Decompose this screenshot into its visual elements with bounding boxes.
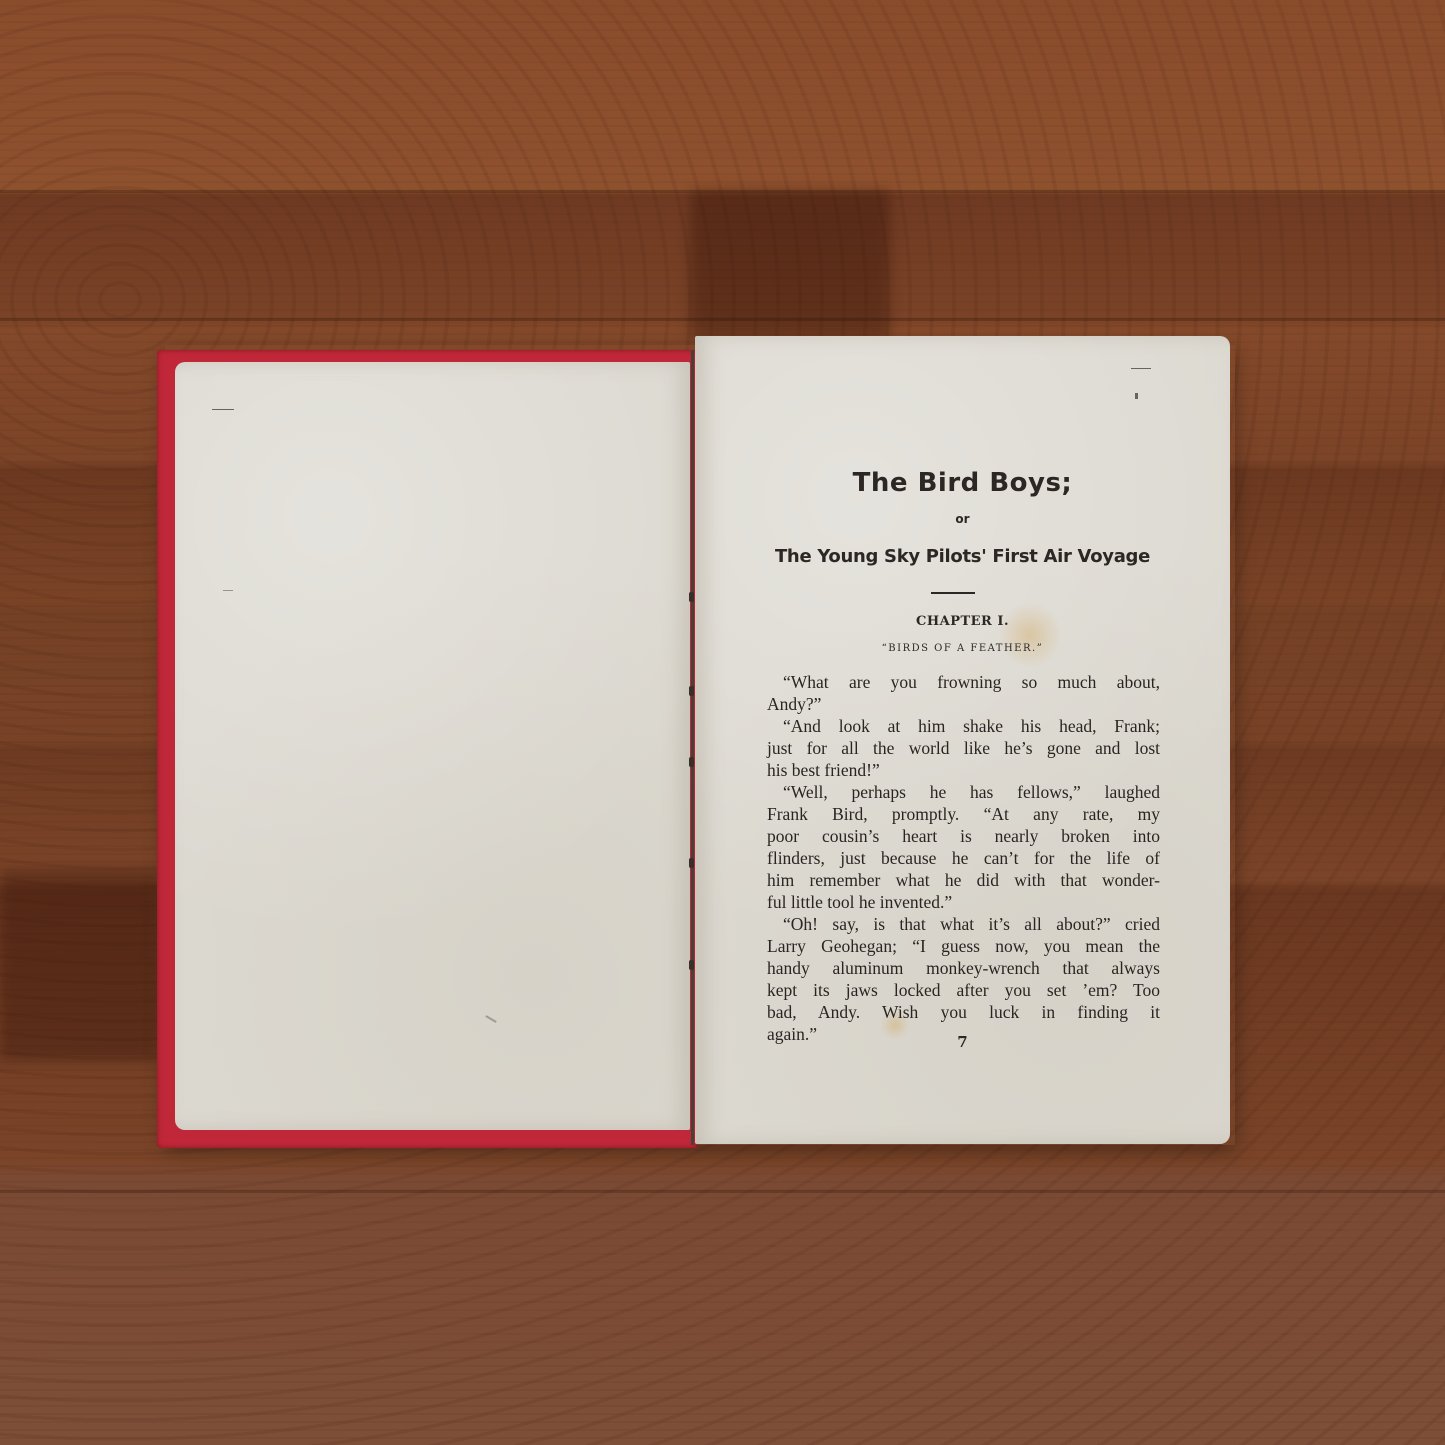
- wood-dark-patch: [690, 190, 890, 340]
- title-rule: [931, 592, 975, 594]
- book-gutter: [691, 350, 694, 1145]
- text-line: kept its jaws locked after you set ’em? …: [767, 980, 1160, 1002]
- left-page: [175, 362, 690, 1130]
- binding-stitch: [689, 960, 694, 970]
- text-line: handy aluminum monkey-wrench that always: [767, 958, 1160, 980]
- plank-seam: [0, 1190, 1445, 1193]
- binding-stitch: [689, 592, 694, 602]
- chapter-title: “BIRDS OF A FEATHER.”: [700, 643, 1225, 654]
- foxing-stain: [1000, 600, 1060, 670]
- text-line: his best friend!”: [767, 760, 1160, 782]
- text-line: just for all the world like he’s gone an…: [767, 738, 1160, 760]
- chapter-heading: CHAPTER I.: [700, 614, 1225, 629]
- page-mark: [223, 590, 233, 591]
- book-title: The Bird Boys;: [700, 468, 1225, 498]
- wood-dark-patch: [0, 870, 160, 1060]
- book-subtitle: The Young Sky Pilots' First Air Voyage: [700, 546, 1225, 567]
- text-line: him remember what he did with that wonde…: [767, 870, 1160, 892]
- page-number: 7: [700, 1033, 1225, 1051]
- text-line: poor cousin’s heart is nearly broken int…: [767, 826, 1160, 848]
- text-line: ful little tool he invented.”: [767, 892, 1160, 914]
- binding-stitch: [689, 858, 694, 868]
- text-line: “Well, perhaps he has fellows,” laughed: [783, 782, 1160, 804]
- text-line: “Oh! say, is that what it’s all about?” …: [783, 914, 1160, 936]
- title-or: or: [700, 512, 1225, 526]
- text-line: bad, Andy. Wish you luck in finding it: [767, 1002, 1160, 1024]
- page-mark: [1135, 393, 1138, 399]
- binding-stitch: [689, 757, 694, 767]
- text-line: “What are you frowning so much about,: [783, 672, 1160, 694]
- text-line: Larry Geohegan; “I guess now, you mean t…: [767, 936, 1160, 958]
- binding-stitch: [689, 686, 694, 696]
- page-mark: [212, 409, 234, 410]
- page-mark: [1131, 368, 1151, 369]
- text-line: flinders, just because he can’t for the …: [767, 848, 1160, 870]
- text-line: Frank Bird, promptly. “At any rate, my: [767, 804, 1160, 826]
- text-line: Andy?”: [767, 694, 1160, 716]
- text-line: “And look at him shake his head, Frank;: [783, 716, 1160, 738]
